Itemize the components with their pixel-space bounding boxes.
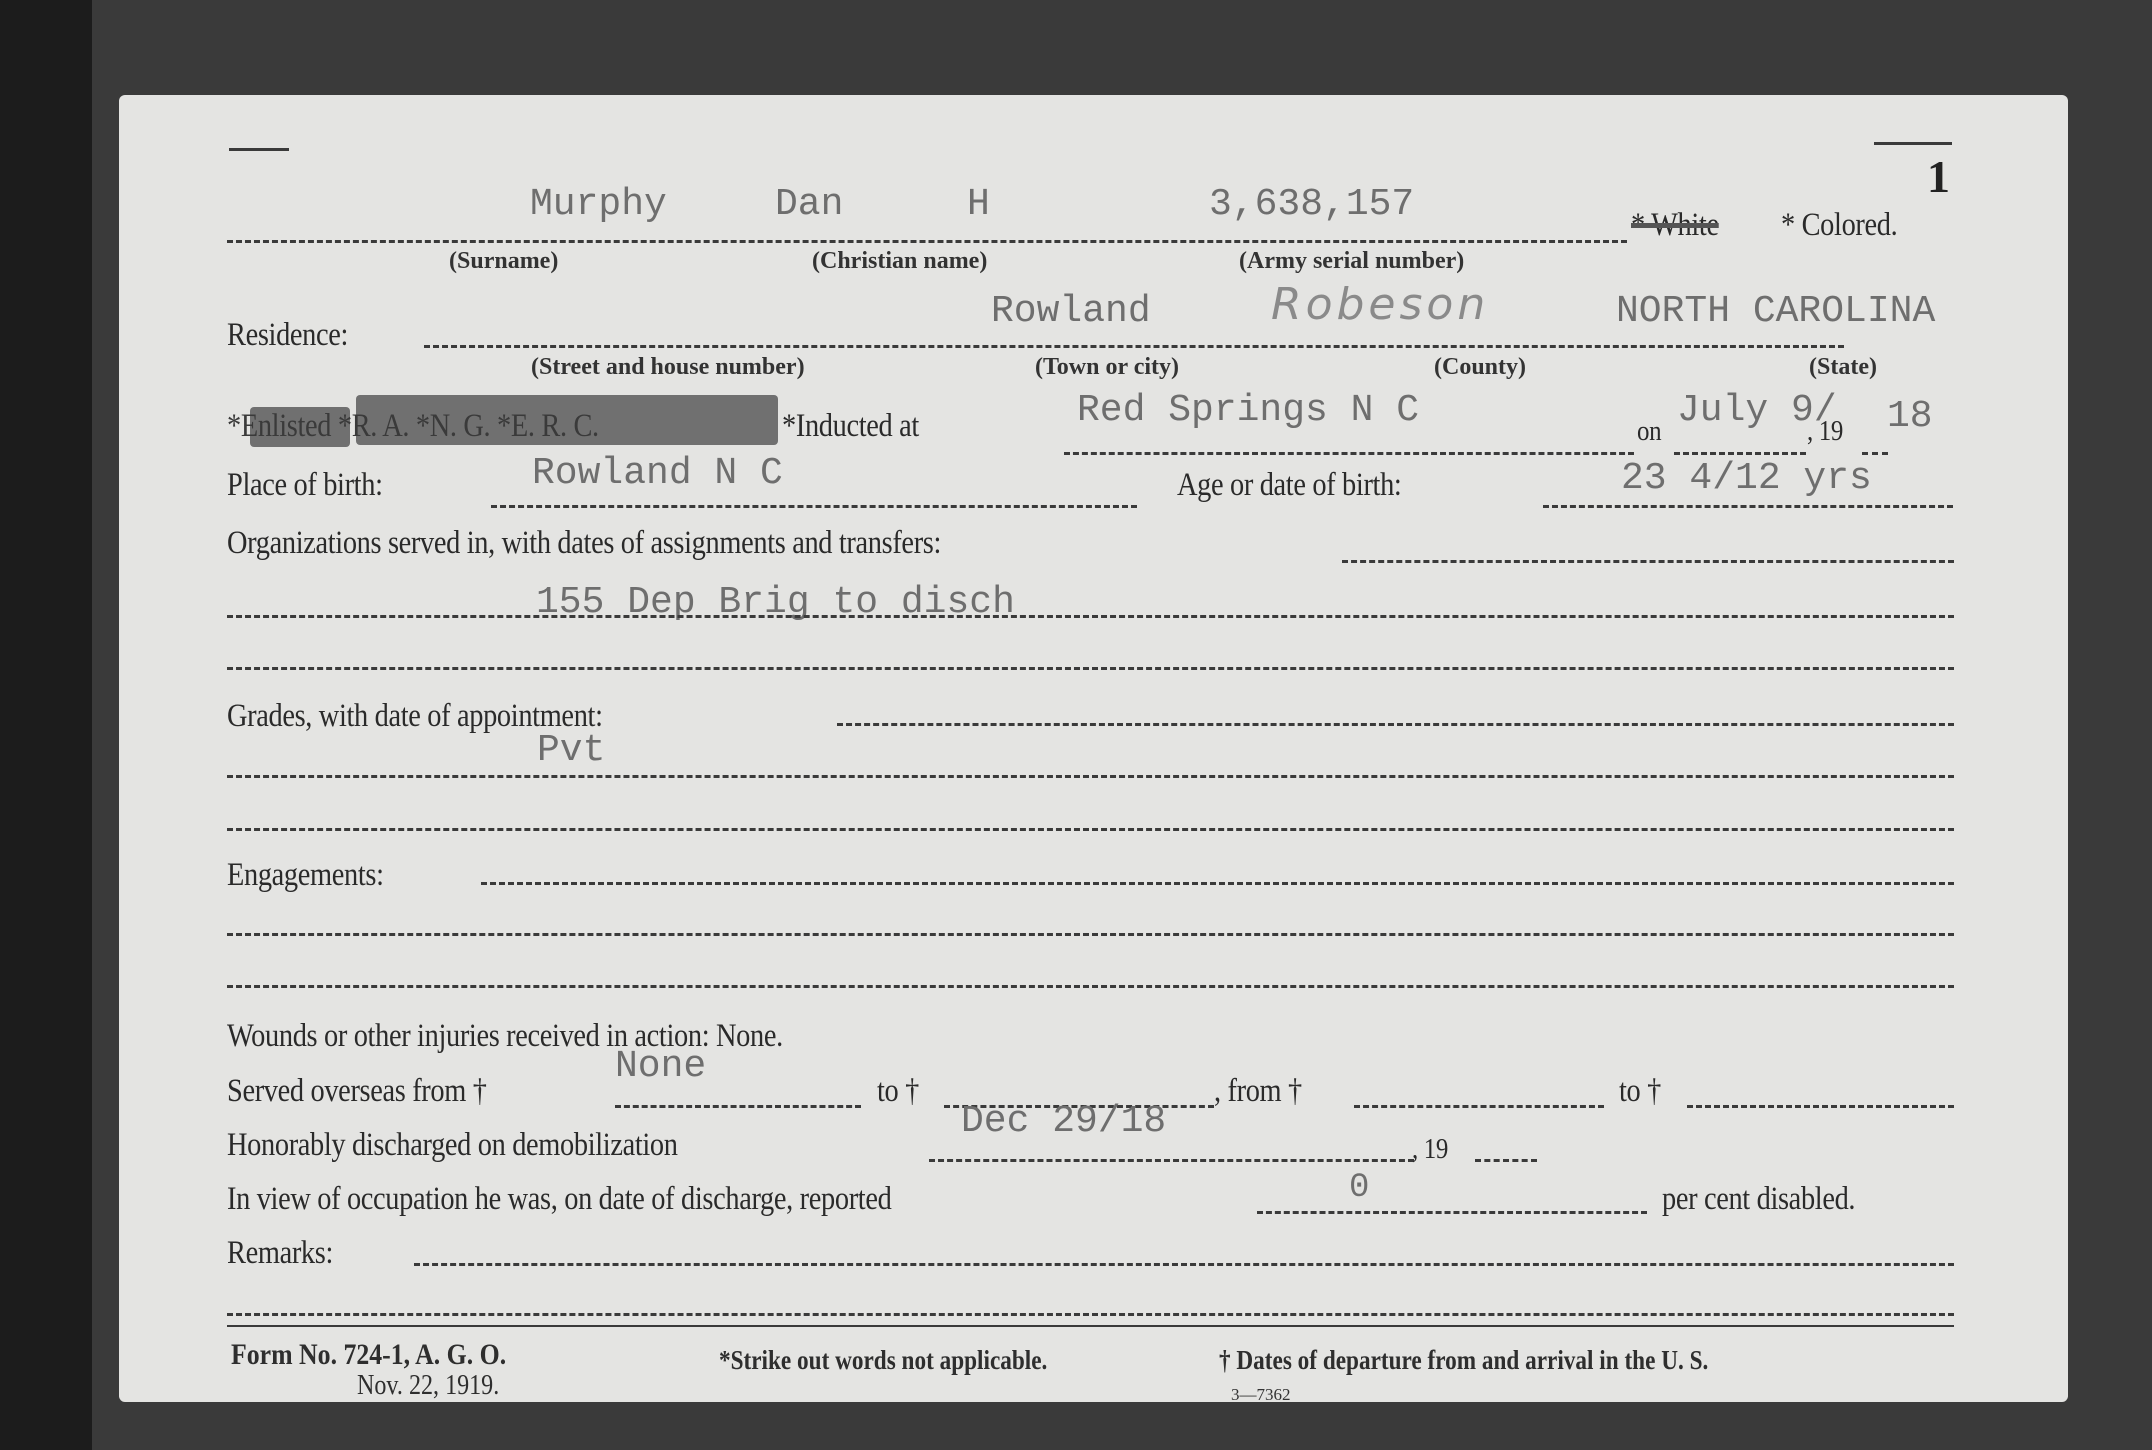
caption-christian-name: (Christian name) xyxy=(812,248,987,275)
inducted-year-line xyxy=(1862,452,1888,455)
overseas-from-label: Served overseas from † xyxy=(227,1073,529,1110)
overseas-to2-label: to † xyxy=(1619,1073,1668,1110)
grades-line-1 xyxy=(837,723,1954,726)
residence-line xyxy=(424,345,1844,348)
caption-county: (County) xyxy=(1434,354,1526,381)
scan-border-left xyxy=(0,0,92,1450)
inducted-date-line xyxy=(1674,452,1806,455)
form-number: Form No. 724-1, A. G. O. xyxy=(231,1338,551,1372)
discharge-year-prefix: , 19 xyxy=(1412,1133,1454,1166)
race-white-label: * White xyxy=(1631,207,1719,243)
christian-name-value: Dan xyxy=(775,183,843,226)
residence-town-value: Rowland xyxy=(991,290,1151,333)
middle-initial-value: H xyxy=(967,183,990,226)
overseas-from2-line xyxy=(1354,1105,1604,1108)
inducted-year-prefix: , 19 xyxy=(1807,415,1849,448)
organizations-line-1 xyxy=(1342,560,1954,563)
overseas-from-line xyxy=(615,1105,861,1108)
caption-surname: (Surname) xyxy=(449,248,558,275)
disability-line xyxy=(1257,1211,1647,1214)
form-date: Nov. 22, 1919. xyxy=(357,1370,522,1402)
name-line xyxy=(227,240,1627,243)
strike-note: *Strike out words not applicable. xyxy=(719,1345,1101,1376)
grades-value: Pvt xyxy=(537,729,605,772)
residence-label: Residence: xyxy=(227,317,368,354)
age-value: 23 4/12 yrs xyxy=(1621,457,1872,500)
caption-state: (State) xyxy=(1809,354,1877,381)
place-of-birth-label: Place of birth: xyxy=(227,467,408,504)
disability-value: 0 xyxy=(1349,1169,1369,1207)
overseas-from-value: None xyxy=(615,1045,706,1088)
place-of-birth-line xyxy=(491,505,1137,508)
engagements-label: Engagements: xyxy=(227,857,409,894)
age-label: Age or date of birth: xyxy=(1177,467,1438,504)
disability-suffix: per cent disabled. xyxy=(1662,1181,1887,1218)
page-number: 1 xyxy=(1927,150,1950,203)
remarks-label: Remarks: xyxy=(227,1235,350,1272)
engagements-line-2 xyxy=(227,933,1954,936)
race-colored-label: * Colored. xyxy=(1781,207,1897,244)
inducted-year-value: 18 xyxy=(1887,395,1933,438)
age-line xyxy=(1543,505,1953,508)
wounds-value: None. xyxy=(716,1018,783,1054)
print-code: 3—7362 xyxy=(1231,1385,1291,1405)
caption-serial-number: (Army serial number) xyxy=(1239,248,1464,275)
engagements-line-3 xyxy=(227,985,1954,988)
top-right-rule xyxy=(1874,142,1952,145)
discharge-date-value: Dec 29/18 xyxy=(961,1100,1166,1143)
organizations-label: Organizations served in, with dates of a… xyxy=(227,525,1057,562)
overseas-to2-line xyxy=(1687,1105,1954,1108)
inducted-on-label: on xyxy=(1637,415,1665,448)
race-colored-option: * Colored. xyxy=(1781,207,1916,244)
residence-state-value: NORTH CAROLINA xyxy=(1616,290,1935,333)
wounds-label: Wounds or other injuries received in act… xyxy=(227,1018,873,1055)
remarks-line-1 xyxy=(414,1263,1954,1266)
caption-town: (Town or city) xyxy=(1035,354,1179,381)
inducted-place-value: Red Springs N C xyxy=(1077,389,1419,432)
overseas-from2-label: , from † xyxy=(1214,1073,1316,1110)
top-left-rule xyxy=(229,148,289,151)
footer-rule xyxy=(227,1325,1954,1327)
disability-label: In view of occupation he was, on date of… xyxy=(227,1181,1000,1218)
enlistment-options-struck: *Enlisted *R. A. *N. G. *E. R. C. xyxy=(227,408,659,445)
inducted-at-label: *Inducted at xyxy=(782,408,941,445)
overseas-to-label: to † xyxy=(877,1073,926,1110)
discharge-date-line xyxy=(929,1159,1414,1162)
serial-number-value: 3,638,157 xyxy=(1209,183,1414,226)
grades-line-3 xyxy=(227,828,1954,831)
residence-county-value: Robeson xyxy=(1271,279,1489,330)
organizations-line-2 xyxy=(227,615,1954,618)
inducted-place-line xyxy=(1064,452,1634,455)
engagements-line-1 xyxy=(481,882,1954,885)
race-white-option: * White xyxy=(1631,207,1733,244)
dagger-note: † Dates of departure from and arrival in… xyxy=(1219,1345,1788,1376)
discharge-label: Honorably discharged on demobilization xyxy=(227,1127,751,1164)
surname-value: Murphy xyxy=(530,183,667,226)
service-record-card: 1 Murphy Dan H 3,638,157 * White * Color… xyxy=(119,95,2068,1402)
remarks-line-2 xyxy=(227,1313,1954,1316)
organizations-line-3 xyxy=(227,667,1954,670)
discharge-year-line xyxy=(1475,1159,1537,1162)
grades-line-2 xyxy=(227,775,1954,778)
caption-street: (Street and house number) xyxy=(531,354,805,381)
place-of-birth-value: Rowland N C xyxy=(532,452,783,495)
